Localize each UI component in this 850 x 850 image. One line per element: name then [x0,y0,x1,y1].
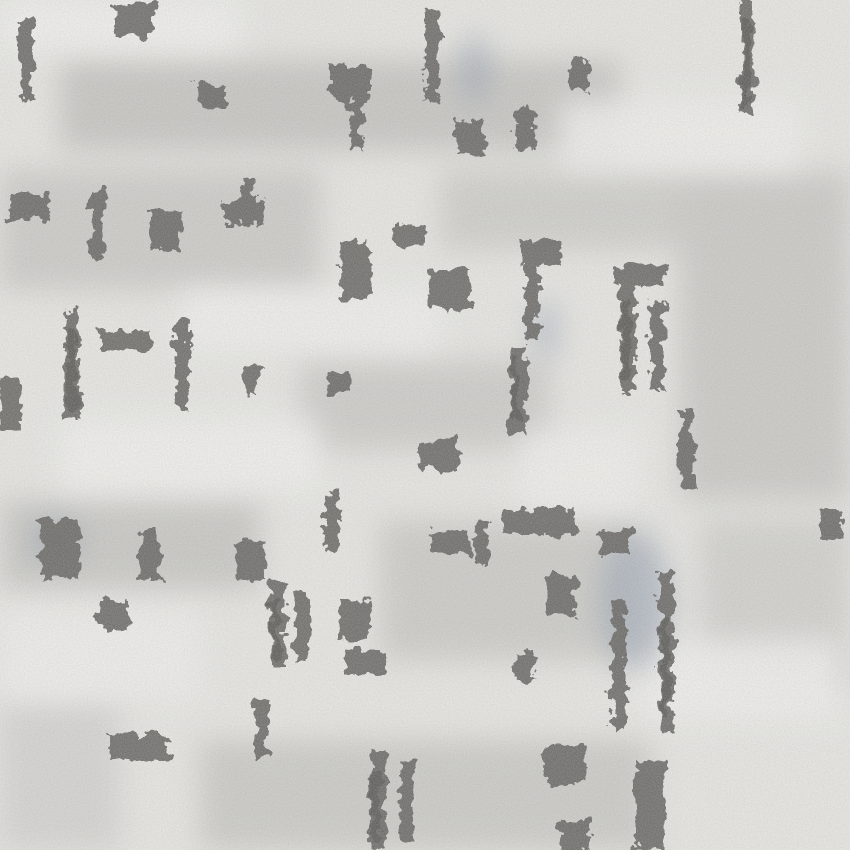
rug-pattern-graphic [0,0,850,850]
rug-texture-image: Plush rug texture with ivory and light g… [0,0,850,850]
